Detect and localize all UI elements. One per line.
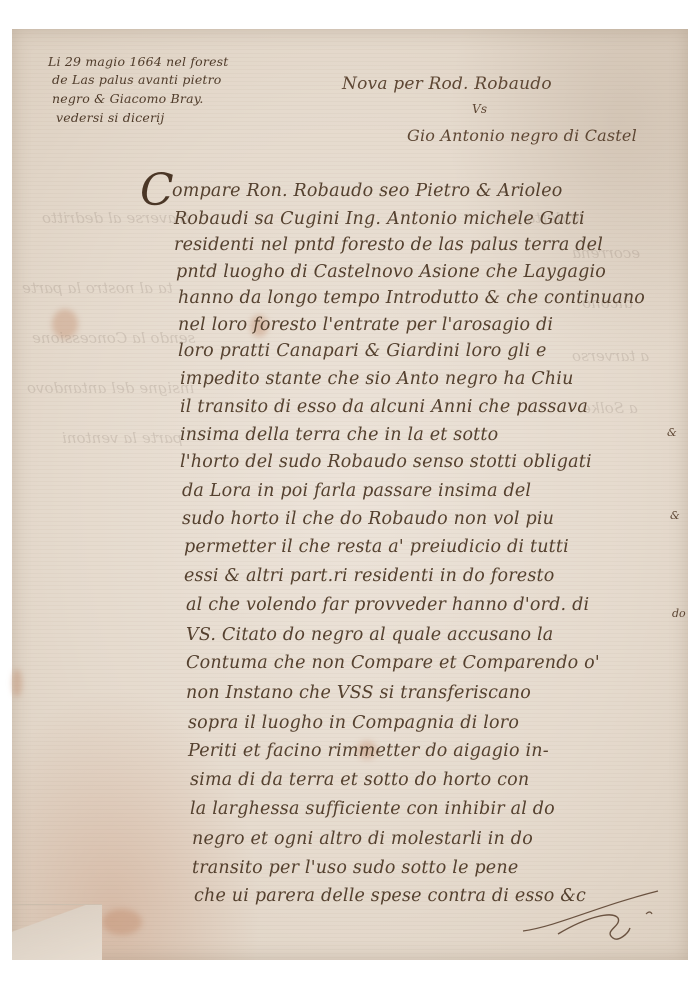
drop-cap-initial: C <box>140 169 174 213</box>
manuscript-page: traverse al dedritto ta al nostro la par… <box>12 29 688 960</box>
body-line: non Instano che VSS si transferiscano <box>186 683 531 703</box>
paper-stain <box>12 669 22 697</box>
heading-title: Nova per Rod. Robaudo <box>342 74 552 94</box>
bleed-through-text: a tarverso <box>572 347 649 365</box>
body-line: Contuma che non Compare et Comparendo o' <box>186 653 600 673</box>
body-line: da Lora in poi farla passare insima del <box>182 481 531 501</box>
body-line: sima di da terra et sotto do horto con <box>190 770 529 790</box>
bleed-through-text: insigne del antandovo <box>27 379 194 397</box>
body-line: la larghessa sufficiente con inhibir al … <box>190 799 555 819</box>
body-line: ompare Ron. Robaudo seo Pietro & Arioleo <box>172 181 563 201</box>
signature-flourish-icon <box>518 886 668 946</box>
heading-versus: Vs <box>472 102 487 116</box>
body-line: residenti nel pntd foresto de las palus … <box>174 235 603 255</box>
bleed-through-text: parte la ventoni <box>62 429 182 447</box>
edge-mark: & <box>670 509 680 522</box>
paper-stain <box>102 909 142 935</box>
body-line: sudo horto il che do Robaudo non vol piu <box>182 509 554 529</box>
body-line: insima della terra che in la et sotto <box>180 425 498 445</box>
margin-note-line: de Las palus avanti pietro <box>52 71 222 89</box>
body-line: negro et ogni altro di molestarli in do <box>192 829 533 849</box>
bleed-through-text: a Solke <box>582 399 638 417</box>
body-line: nel loro foresto l'entrate per l'arosagi… <box>178 315 553 335</box>
body-line: hanno da longo tempo Introdutto & che co… <box>178 288 645 308</box>
margin-note-line: negro & Giacomo Bray. <box>52 90 204 108</box>
body-line: il transito di esso da alcuni Anni che p… <box>180 397 588 417</box>
edge-mark: do <box>672 607 686 620</box>
body-line: l'horto del sudo Robaudo senso stotti ob… <box>180 452 592 472</box>
body-line: essi & altri part.ri residenti in do for… <box>184 566 554 586</box>
body-line: VS. Citato do negro al quale accusano la <box>186 625 553 645</box>
body-line: impedito stante che sio Anto negro ha Ch… <box>180 369 574 389</box>
body-line: Periti et facino rimmetter do aigagio in… <box>188 741 549 761</box>
body-line: pntd luogho di Castelnovo Asione che Lay… <box>176 262 606 282</box>
body-line: al che volendo far provveder hanno d'ord… <box>186 595 589 615</box>
margin-note-line: vedersi si dicerij <box>56 109 164 127</box>
torn-corner <box>12 904 102 960</box>
bleed-through-text: sendo la Concessione <box>32 329 195 347</box>
body-line: loro pratti Canapari & Giardini loro gli… <box>178 341 547 361</box>
body-line: permetter il che resta a' preiudicio di … <box>184 537 569 557</box>
heading-defendant: Gio Antonio negro di Castel <box>407 126 637 145</box>
edge-mark: & <box>667 426 677 439</box>
body-line: transito per l'uso sudo sotto le pene <box>192 858 518 878</box>
body-line: sopra il luogho in Compagnia di loro <box>188 713 519 733</box>
margin-note-line: Li 29 magio 1664 nel forest <box>48 53 229 71</box>
bleed-through-text: ta al nostro la parte <box>22 279 173 297</box>
body-line: Robaudi sa Cugini Ing. Antonio michele G… <box>174 209 585 229</box>
